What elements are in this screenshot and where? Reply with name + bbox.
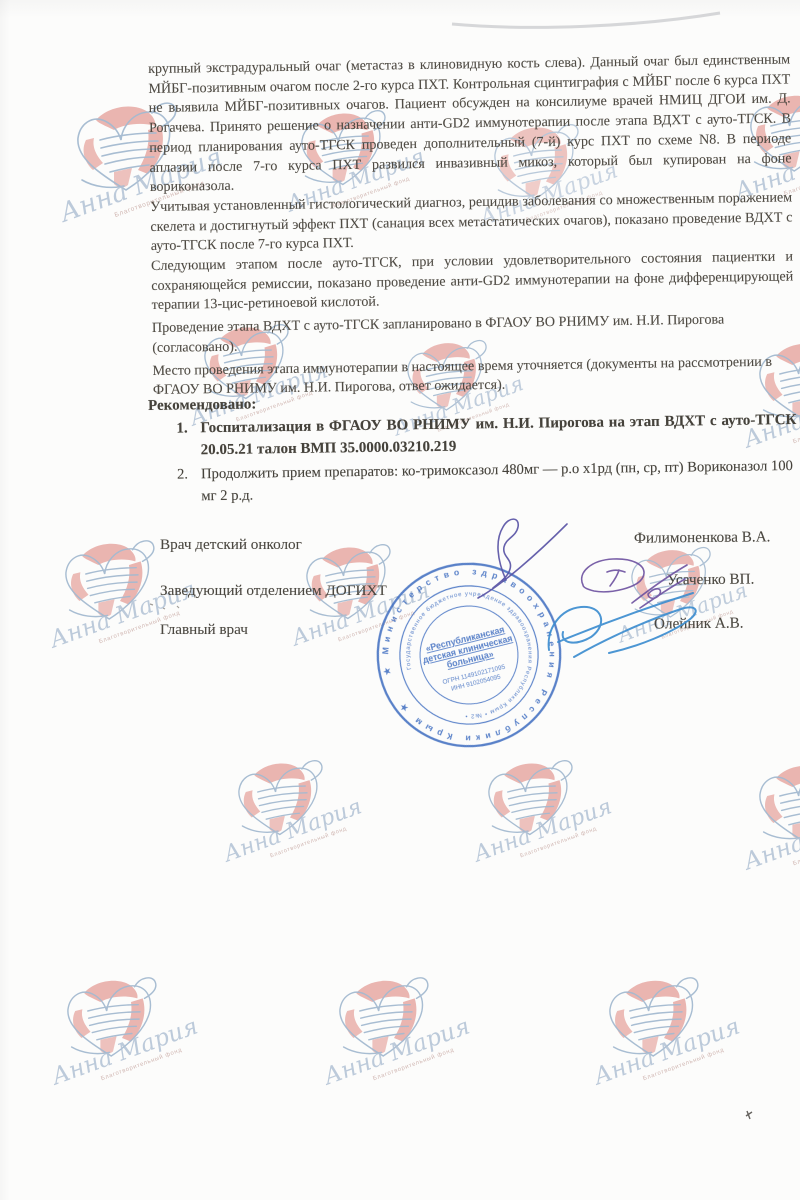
signature-role: Главный врач bbox=[160, 621, 248, 639]
watermark-logo: Анна Мария Благотворительный фонд bbox=[742, 760, 800, 904]
signature-name: Усаченко ВП. bbox=[667, 571, 755, 590]
watermark-logo: Анна Мария Благотворительный фонд bbox=[222, 758, 350, 894]
item-text: Госпитализация в ФГАОУ ВО РНИМУ им. Н.И.… bbox=[200, 410, 797, 461]
scan-artifact bbox=[746, 1111, 752, 1119]
document-body: крупный экстрадуральный очаг (метастаз в… bbox=[148, 50, 795, 400]
signature-name: Олейник А.В. bbox=[654, 615, 744, 634]
paragraph: Проведение этапа ВДХТ с ауто-ТГСК заплан… bbox=[152, 310, 795, 359]
scan-artifact bbox=[452, 13, 720, 27]
item-number: 1. bbox=[176, 418, 201, 461]
scanned-medical-document: Анна Мария Благотворительный фонд Анна М… bbox=[0, 0, 800, 1200]
watermark-logo: Анна Мария Благотворительный фонд bbox=[472, 758, 600, 894]
paragraph: крупный экстрадуральный очаг (метастаз в… bbox=[148, 50, 792, 197]
watermark-logo: Анна Мария Благотворительный фонд bbox=[48, 538, 183, 682]
watermark-logo: Анна Мария Благотворительный фонд bbox=[616, 545, 736, 673]
watermark-logo: Анна Мария Благотворительный фонд bbox=[592, 975, 727, 1119]
watermark-logo: Анна Мария Благотворительный фонд bbox=[322, 975, 457, 1119]
watermark-logo: Анна Мария Благотворительный фонд bbox=[50, 975, 185, 1119]
paragraph: Следующим этапом после ауто-ТГСК, при ус… bbox=[151, 247, 794, 316]
recommendation-item: 1. Госпитализация в ФГАОУ ВО РНИМУ им. Н… bbox=[176, 410, 797, 462]
item-text: Продолжить прием препаратов: ко-тримокса… bbox=[201, 456, 798, 507]
recommendation-item: 2. Продолжить прием препаратов: ко-тримо… bbox=[177, 456, 798, 508]
signature-role: Врач детский онколог bbox=[160, 536, 302, 554]
recommendations-section: Рекомендовано: 1. Госпитализация в ФГАОУ… bbox=[148, 389, 798, 511]
paragraph: Учитывая установленный гистологический д… bbox=[150, 188, 793, 257]
item-number: 2. bbox=[177, 464, 202, 507]
signature-name: Филимоненкова В.А. bbox=[634, 528, 771, 547]
